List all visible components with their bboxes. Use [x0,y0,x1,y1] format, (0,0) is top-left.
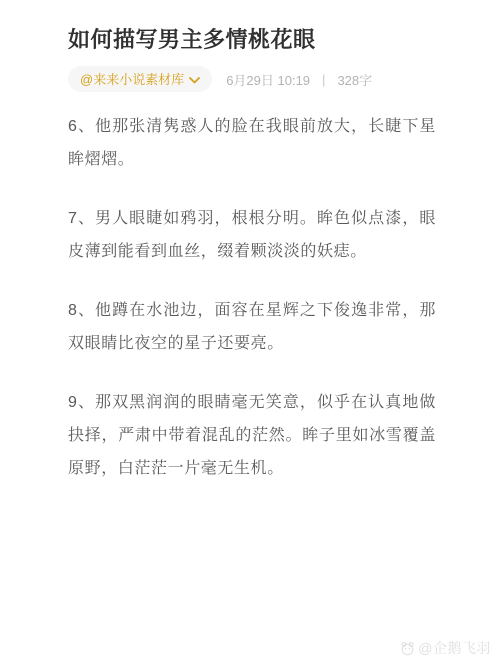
paragraph: 8、他蹲在水池边，面容在星辉之下俊逸非常，那双眼睛比夜空的星子还要亮。 [68,294,436,360]
paragraph: 7、男人眼睫如鸦羽，根根分明。眸色似点漆，眼皮薄到能看到血丝，缀着颗淡淡的妖痣。 [68,202,436,268]
author-dropdown[interactable]: @来来小说素材库 [68,66,212,92]
watermark-logo-icon [400,641,415,656]
page-title: 如何描写男主多情桃花眼 [68,27,436,53]
meta-row: @来来小说素材库 6月29日 10:19 | 328字 [68,66,436,92]
paragraph: 9、那双黑润润的眼睛毫无笑意，似乎在认真地做抉择，严肃中带着混乱的茫然。眸子里如… [68,386,436,485]
article-page: 如何描写男主多情桃花眼 @来来小说素材库 6月29日 10:19 | 328字 … [0,0,500,485]
author-tag-label: @来来小说素材库 [80,72,184,87]
word-count: 328字 [337,70,372,89]
chevron-down-icon [189,72,200,87]
watermark: @企鹅飞羽 [400,638,491,658]
article-body: 6、他那张清隽惑人的脸在我眼前放大，长睫下星眸熠熠。 7、男人眼睫如鸦羽，根根分… [68,110,436,485]
publish-time: 6月29日 10:19 [226,70,310,89]
paragraph: 6、他那张清隽惑人的脸在我眼前放大，长睫下星眸熠熠。 [68,110,436,176]
meta-separator: | [322,72,325,87]
watermark-text: @企鹅飞羽 [418,638,491,658]
